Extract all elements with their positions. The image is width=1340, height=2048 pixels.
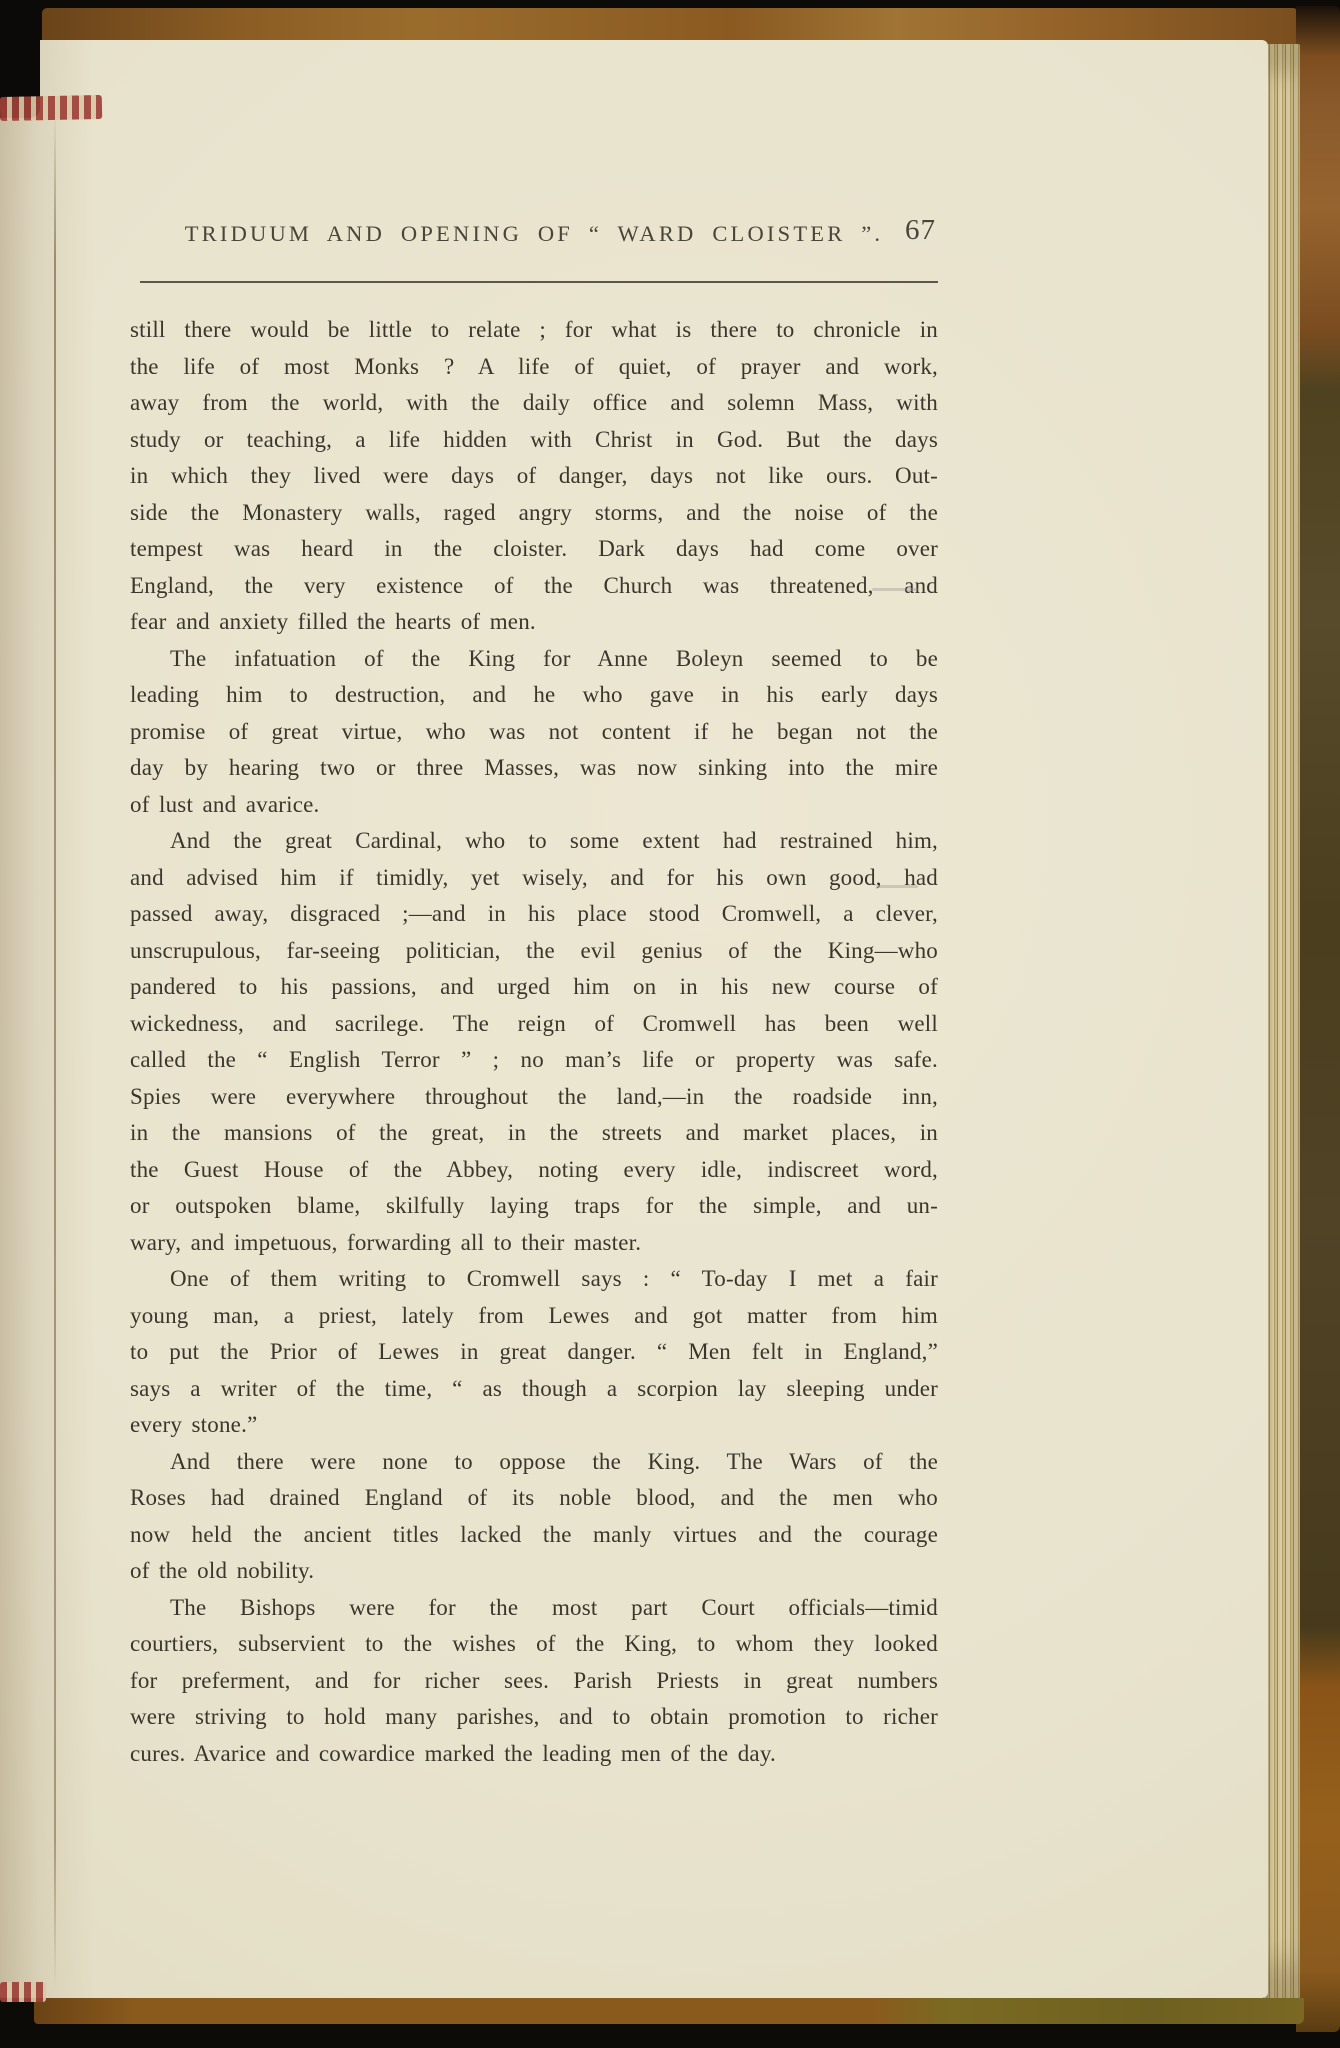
header-rule [140,281,938,283]
text-line: in the mansions of the great, in the str… [130,1115,938,1152]
text-line: says a writer of the time, “ as though a… [130,1371,938,1408]
text-line: tempest was heard in the cloister. Dark … [130,531,938,568]
page-number: 67 [905,214,936,247]
text-line: One of them writing to Cromwell says : “… [130,1261,938,1298]
text-line: The infatuation of the King for Anne Bol… [130,641,938,678]
text-line: And there were none to oppose the King. … [130,1444,938,1481]
text-line: young man, a priest, lately from Lewes a… [130,1298,938,1335]
text-line: Roses had drained England of its noble b… [130,1480,938,1517]
headband-top [0,95,102,121]
text-line: in which they lived were days of danger,… [130,458,938,495]
gutter-crease-line [54,110,56,1990]
paragraph: And there were none to oppose the King. … [130,1444,938,1590]
text-line: the Guest House of the Abbey, noting eve… [130,1152,938,1189]
page-fore-edges [1264,44,1300,2002]
margin-smudge [872,588,918,591]
book-cover-top-edge [42,8,1298,44]
paragraph: The infatuation of the King for Anne Bol… [130,641,938,824]
text-line: courtiers, subservient to the wishes of … [130,1626,938,1663]
text-line: leading him to destruction, and he who g… [130,677,938,714]
text-line: promise of great virtue, who was not con… [130,714,938,751]
text-line: The Bishops were for the most part Court… [130,1590,938,1627]
book-cover-bottom-edge [34,1998,1304,2024]
text-line: were striving to hold many parishes, and… [130,1699,938,1736]
text-line: fear and anxiety filled the hearts of me… [130,604,938,641]
book-cover-right-edge [1296,6,1340,2032]
text-line: to put the Prior of Lewes in great dange… [130,1334,938,1371]
text-line: cures. Avarice and cowardice marked the … [130,1736,938,1773]
text-line: side the Monastery walls, raged angry st… [130,495,938,532]
text-line: of the old nobility. [130,1553,938,1590]
gutter-shadow [0,40,95,1998]
text-line: study or teaching, a life hidden with Ch… [130,422,938,459]
paragraph: And the great Cardinal, who to some exte… [130,823,938,1261]
text-line: day by hearing two or three Masses, was … [130,750,938,787]
text-line: passed away, disgraced ;—and in his plac… [130,896,938,933]
chapter-running-title: TRIDUUM AND OPENING OF “ WARD CLOISTER ”… [130,216,938,252]
headband-bottom [0,1982,46,2002]
text-line: of lust and avarice. [130,787,938,824]
margin-smudge [876,885,918,888]
text-line: wickedness, and sacrilege. The reign of … [130,1006,938,1043]
paragraph: The Bishops were for the most part Court… [130,1590,938,1773]
book-page: TRIDUUM AND OPENING OF “ WARD CLOISTER ”… [0,40,1268,1998]
body-text: still there would be little to relate ; … [130,312,938,1772]
text-line: pandered to his passions, and urged him … [130,969,938,1006]
text-line: unscrupulous, far-seeing politician, the… [130,933,938,970]
text-line: away from the world, with the daily offi… [130,385,938,422]
paragraph: still there would be little to relate ; … [130,312,938,641]
running-head: TRIDUUM AND OPENING OF “ WARD CLOISTER ”… [130,216,938,252]
text-line: England, the very existence of the Churc… [130,568,938,605]
book-photo: TRIDUUM AND OPENING OF “ WARD CLOISTER ”… [0,0,1340,2048]
text-line: And the great Cardinal, who to some exte… [130,823,938,860]
text-line: and advised him if timidly, yet wisely, … [130,860,938,897]
book-photo-scene: { "book": { "header": { "title": "TRIDUU… [0,0,1340,2048]
paragraph: One of them writing to Cromwell says : “… [130,1261,938,1444]
text-line: called the “ English Terror ” ; no man’s… [130,1042,938,1079]
text-line: now held the ancient titles lacked the m… [130,1517,938,1554]
text-line: or outspoken blame, skilfully laying tra… [130,1188,938,1225]
text-line: every stone.” [130,1407,938,1444]
text-line: the life of most Monks ? A life of quiet… [130,349,938,386]
text-line: wary, and impetuous, forwarding all to t… [130,1225,938,1262]
text-line: Spies were everywhere throughout the lan… [130,1079,938,1116]
text-line: for preferment, and for richer sees. Par… [130,1663,938,1700]
text-line: still there would be little to relate ; … [130,312,938,349]
